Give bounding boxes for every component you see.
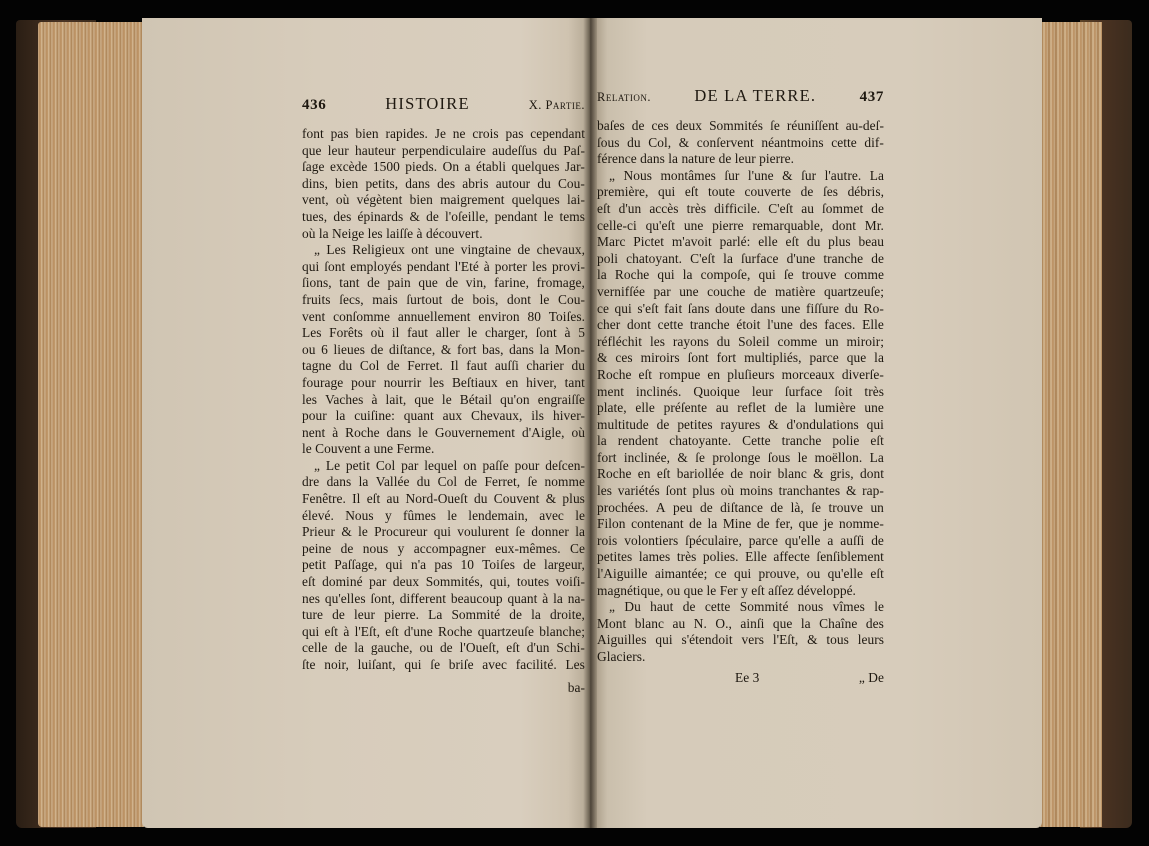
text-line: petiteslamestrèspolies.Elleaffecteſenſib…	[597, 549, 884, 566]
text-line: lesVachesàlait,queleBétailqu'onengraiſſe	[302, 392, 585, 409]
text-line: eſtd'unaccèstrèsdifficile.C'eſtauſommetd…	[597, 201, 884, 218]
text-line: férence dans la nature de leur pierre.	[597, 151, 884, 168]
text-line: turedeleurpierre.LaSommitédeladroite,	[302, 607, 585, 624]
text-line: nesqu'ellesſont,differentbeaucoupquantàl…	[302, 591, 585, 608]
right-page-text: Relation. DE LA TERRE. 437 baſesdecesdeu…	[597, 88, 884, 686]
text-line: Rocheeſtrompueenpluſieursmorceauxdiverſe…	[597, 367, 884, 384]
catchword: ba-	[568, 680, 585, 697]
page-number: 436	[302, 97, 326, 114]
text-line: mentinclinés.Quoiqueleurſurfaceſoittrès	[597, 384, 884, 401]
left-footer: ba-	[302, 680, 585, 697]
text-line: celledelagauche,oudel'Oueſt,eſtd'unSchi-	[302, 640, 585, 657]
text-line: cequis'eſtfaitſansdoutedansunefiſſureduR…	[597, 301, 884, 318]
book-gutter	[583, 18, 597, 828]
text-line: pourlacuiſine:quantauxChevaux,ilshiver-	[302, 408, 585, 425]
text-line: ſions,tantdepainquedevin,farine,fromage,	[302, 275, 585, 292]
text-line: „Nousmontâmesſurl'une&ſurl'autre.La	[597, 168, 884, 185]
text-line: Prieur&leProcureurquivoulurentſedonnerla	[302, 524, 585, 541]
text-line: „LepetitColparlequelonpaſſepourdeſcen-	[302, 458, 585, 475]
text-line: tagneduColdeFerret.Ilfautauſſicharierdu	[302, 358, 585, 375]
text-line: plate,ellepréſenteaurefletdelalumièreune	[597, 400, 884, 417]
text-line: vernifſéeparunecouchedematièrequartzeuſe…	[597, 284, 884, 301]
running-title: DE LA TERRE.	[694, 88, 816, 105]
text-line: multitudedepetitesrayures&d'ondulationsq…	[597, 417, 884, 434]
left-page-text: 436 HISTOIRE X. Partie. fontpasbienrapid…	[302, 96, 585, 696]
text-line: tues,desépinards&del'oſeille,pendantlete…	[302, 209, 585, 226]
text-line: fouragepournourrirlesBeſtiauxenhiver,tan…	[302, 375, 585, 392]
text-line: cherdontcettetrancheétoitl'unedesfaces.E…	[597, 317, 884, 334]
text-line: quiſontemployéspendantl'Etéàporterlespro…	[302, 259, 585, 276]
text-line: queleurhauteurperpendiculaireaudeſſusduP…	[302, 143, 585, 160]
text-line: larendentchatoyante.Cettetranchepolieeſt	[597, 433, 884, 450]
text-line: ſageexcède1500pieds.OnaétabliquelquesJar…	[302, 159, 585, 176]
text-line: petitPaſſage,quin'apas10Toiſesdelargeur,	[302, 557, 585, 574]
text-line: l'Aiguilleaimantée;cequiprouve,ouqu'elle…	[597, 566, 884, 583]
text-line: nentàRochedansleGouvernementd'Aigle,où	[302, 425, 585, 442]
text-line: fruitsſecs,maisſurtoutdebois,dontleCou-	[302, 292, 585, 309]
page-edges-right	[1040, 22, 1102, 827]
text-line: ventconſommeannuellementenviron80Toiſes.	[302, 309, 585, 326]
text-line: LesForêtsoùilfautallerlecharger,ſontà5	[302, 325, 585, 342]
text-line: MontblancauN.O.,ainſiquelaChaînedes	[597, 616, 884, 633]
running-head-left: 436 HISTOIRE X. Partie.	[302, 96, 585, 126]
text-line: „LesReligieuxontunevingtainedechevaux,	[302, 242, 585, 259]
text-line: ſtenoir,luiſant,quiſebriſeavecfacilité.L…	[302, 657, 585, 674]
text-line: où la Neige les laiſſe à découvert.	[302, 226, 585, 243]
text-line: fontpasbienrapides.Jenecroispascependant	[302, 126, 585, 143]
running-title: HISTOIRE	[385, 96, 469, 113]
text-line: première,quieſttoutecouvertedeſesdébris,	[597, 184, 884, 201]
text-line: le Couvent a une Ferme.	[302, 441, 585, 458]
open-book: 436 HISTOIRE X. Partie. fontpasbienrapid…	[0, 0, 1149, 846]
text-line: laRochequilacompoſe,quiſetrouvecomme	[597, 267, 884, 284]
text-line: Fenêtre.IleſtauNord-OueſtduCouvent&plus	[302, 491, 585, 508]
text-line: &cesmiroirsſontfortmultipliés,parcequela	[597, 350, 884, 367]
text-line: roisvolontiersſpéculaire,parcequ'elleaau…	[597, 533, 884, 550]
text-line: vent,oùvégètentbienmaigrementquelqueslai…	[302, 192, 585, 209]
right-body: baſesdecesdeuxSommitésſeréuniſſentau-deſ…	[597, 118, 884, 666]
text-line: celle-ciqu'eſtunepierreremarquable,dontM…	[597, 218, 884, 235]
signature-mark: Ee 3	[735, 670, 759, 687]
text-line: MarcPictetm'avoitparlé:elleeſtduplusbeau	[597, 234, 884, 251]
text-line: prochées.Apeudediſtancedelà,ſetrouveun	[597, 500, 884, 517]
text-line: Aiguillesquis'étendoitversl'Eſt,&tousleu…	[597, 632, 884, 649]
running-head-right: Relation. DE LA TERRE. 437	[597, 88, 884, 118]
text-line: „DuhautdecetteSommiténousvîmesle	[597, 599, 884, 616]
running-left: Relation.	[597, 89, 651, 106]
right-footer: Ee 3 „ De	[597, 670, 884, 687]
text-line: Glaciers.	[597, 649, 884, 666]
catchword: „ De	[859, 670, 884, 687]
text-line: fortinclinée,&ſeprolongeſouslemoëllon.La	[597, 450, 884, 467]
page-number: 437	[860, 89, 884, 106]
left-body: fontpasbienrapides.Jenecroispascependant…	[302, 126, 585, 674]
text-line: FiloncontenantdelaMinedefer,quejenomme-	[597, 516, 884, 533]
text-line: magnétique, ou que le Fer y eſt aſſez dé…	[597, 583, 884, 600]
text-line: peinedenousyaccompagnereux-mêmes.Ce	[302, 541, 585, 558]
text-line: élevé.Nousyfûmeslelendemain,avecle	[302, 508, 585, 525]
text-line: dredanslaValléeduColdeFerret,ſenomme	[302, 474, 585, 491]
page-edges-left	[38, 22, 144, 827]
text-line: Rocheeneſtbariolléedenoirblanc&gris,dont	[597, 466, 884, 483]
text-line: ou6lieuesdediſtance,&fortbas,danslaMon-	[302, 342, 585, 359]
text-line: quieſtàl'Eſt,eſtd'uneRochequartzeuſeblan…	[302, 624, 585, 641]
text-line: ſousduCol,&conſerventnéantmoinscettedif-	[597, 135, 884, 152]
text-line: dins,bienpetits,dansdesabrisautourduCou-	[302, 176, 585, 193]
text-line: polichatoyant.C'eſtlaſurfaced'unetranche…	[597, 251, 884, 268]
text-line: lesvariétésſontplusoùmoinstranchantes&ra…	[597, 483, 884, 500]
text-line: eſtdominépardeuxSommités,qui,toutesvoiſi…	[302, 574, 585, 591]
running-part: X. Partie.	[529, 97, 585, 114]
text-line: baſesdecesdeuxSommitésſeréuniſſentau-deſ…	[597, 118, 884, 135]
text-line: réfléchitlesrayonsduSoleilcommeunmiroir;	[597, 334, 884, 351]
